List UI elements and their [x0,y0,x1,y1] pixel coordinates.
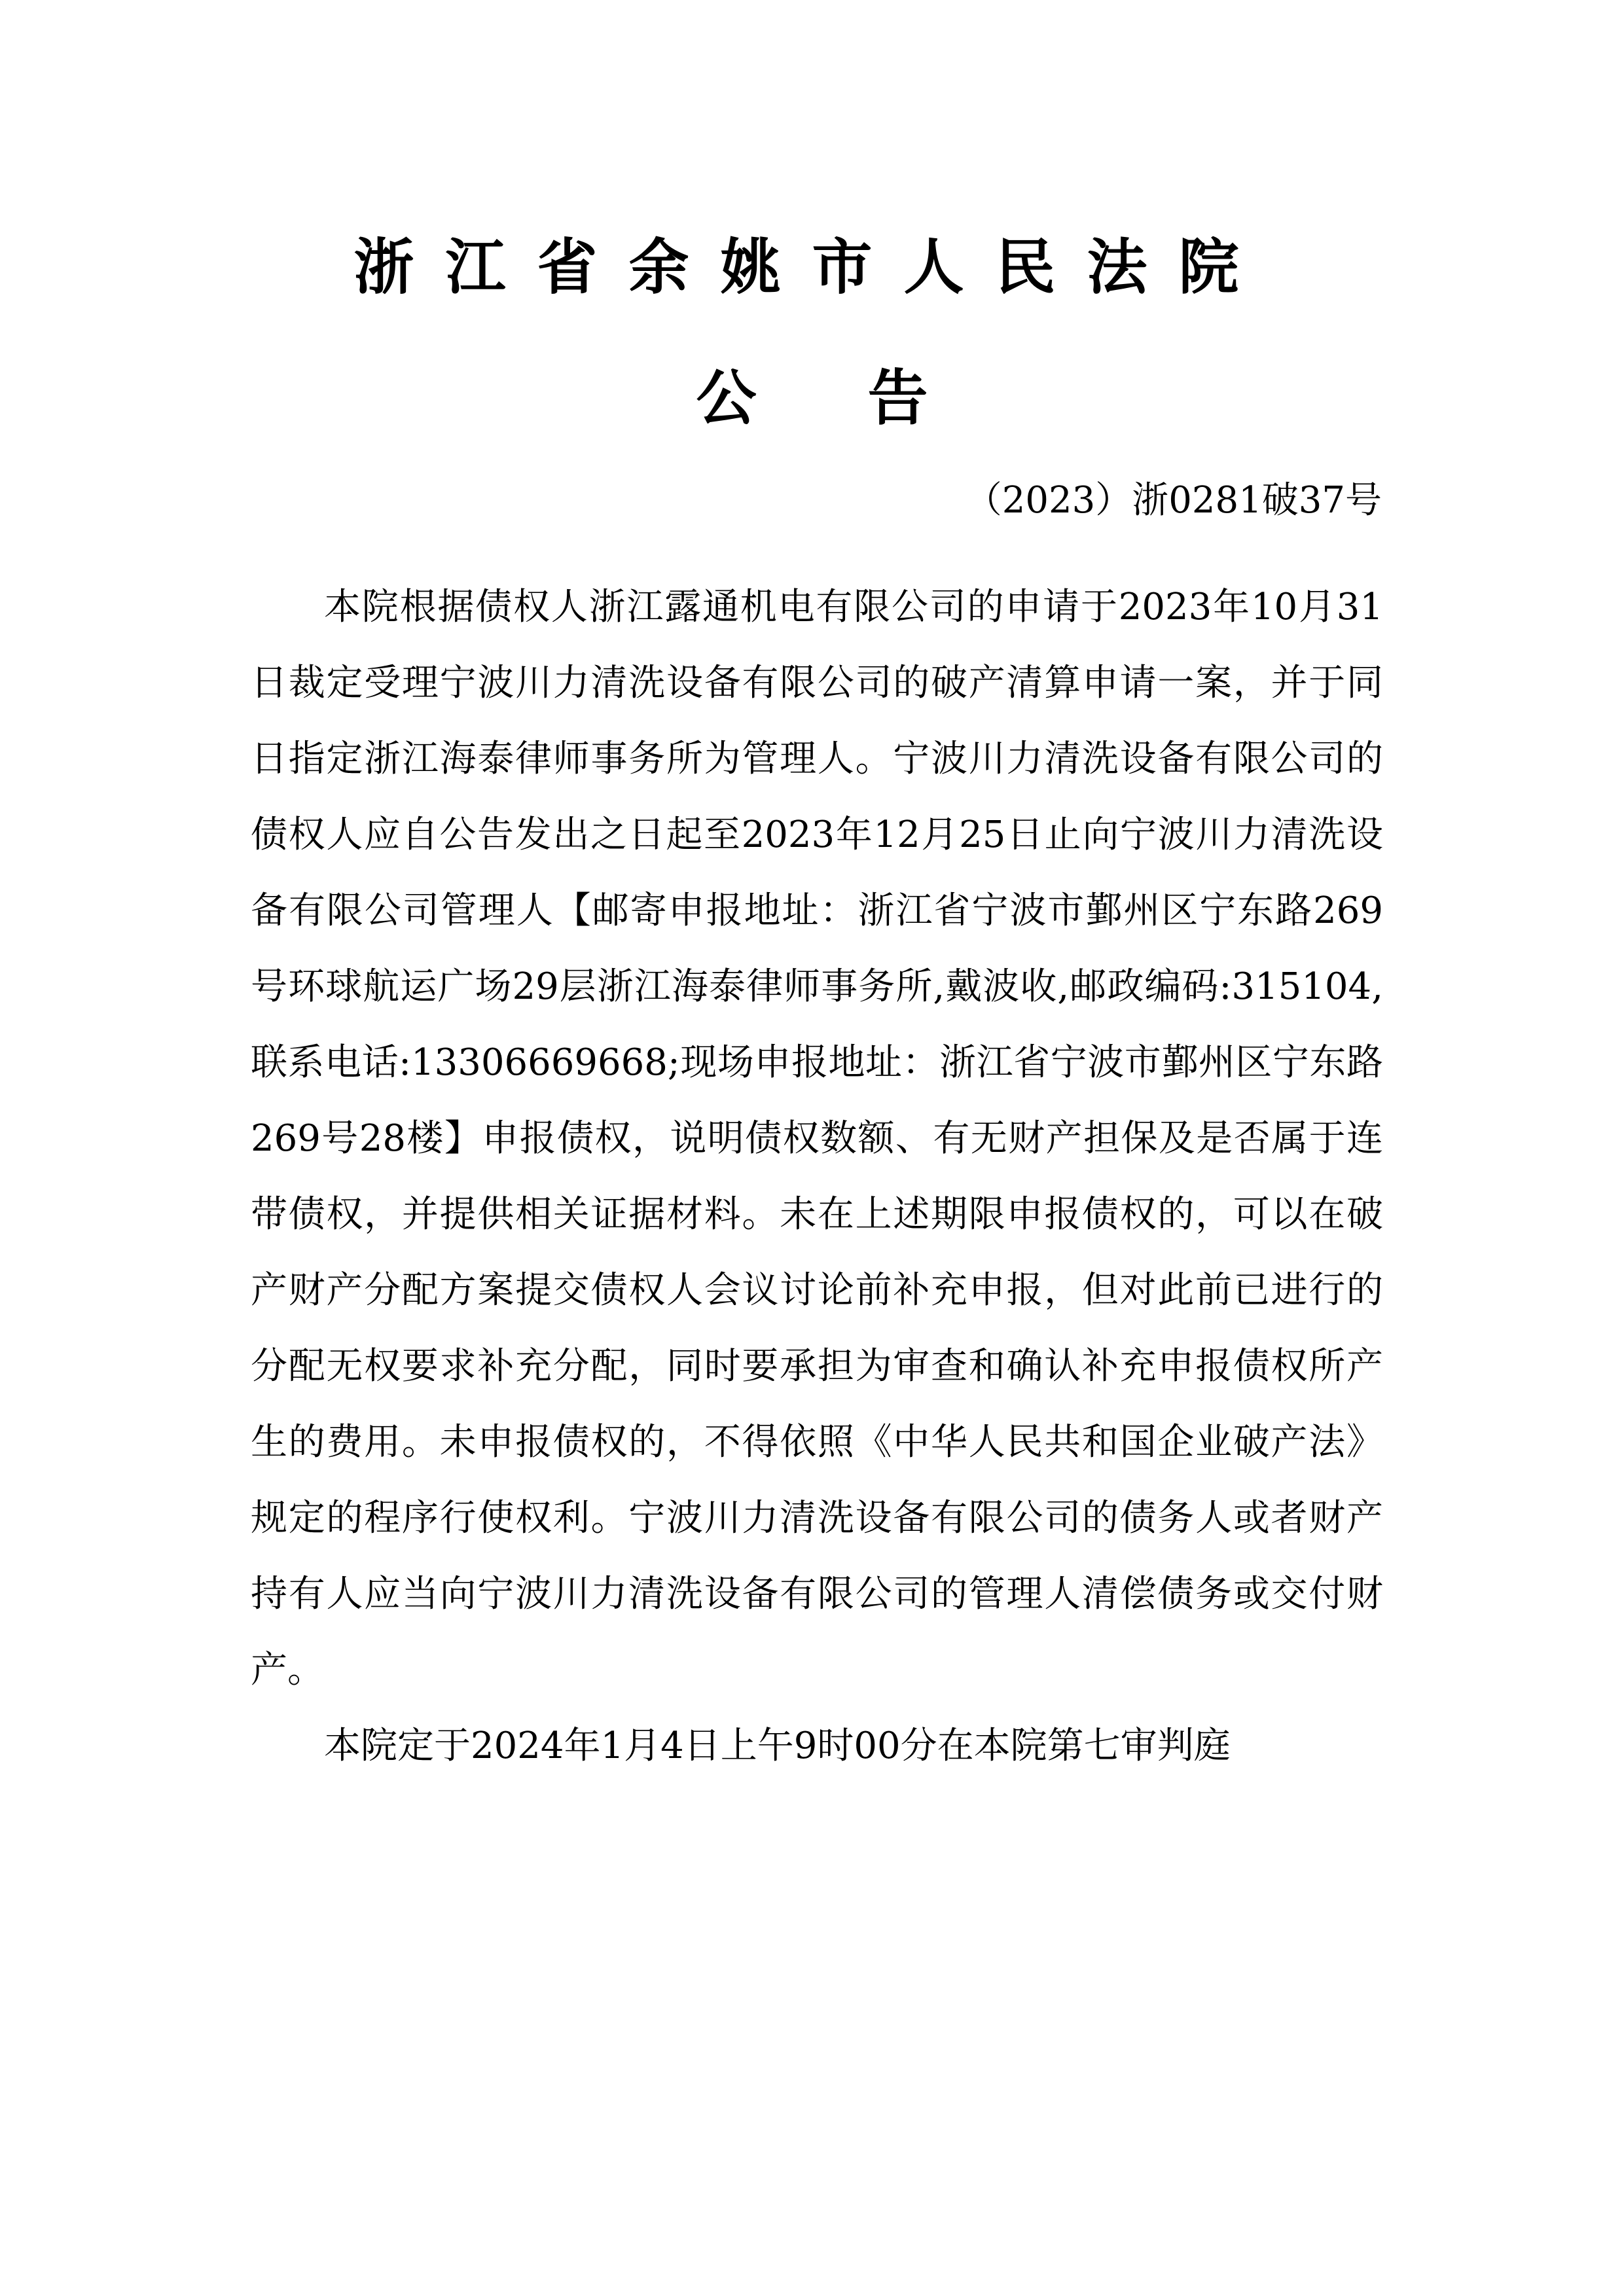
document-page: 浙江省余姚市人民法院 公告 （2023）浙0281破37号 本院根据债权人浙江露… [0,0,1624,2296]
paragraph-meeting: 本院定于2024年1月4日上午9时00分在本院第七审判庭 [251,1708,1383,1784]
notice-body: 本院根据债权人浙江露通机电有限公司的申请于2023年10月31日裁定受理宁波川力… [251,569,1383,1784]
court-name-heading: 浙江省余姚市人民法院 [0,219,1624,306]
notice-title: 公告 [0,350,1624,437]
paragraph-claims: 本院根据债权人浙江露通机电有限公司的申请于2023年10月31日裁定受理宁波川力… [251,569,1383,1708]
case-number: （2023）浙0281破37号 [965,471,1382,524]
